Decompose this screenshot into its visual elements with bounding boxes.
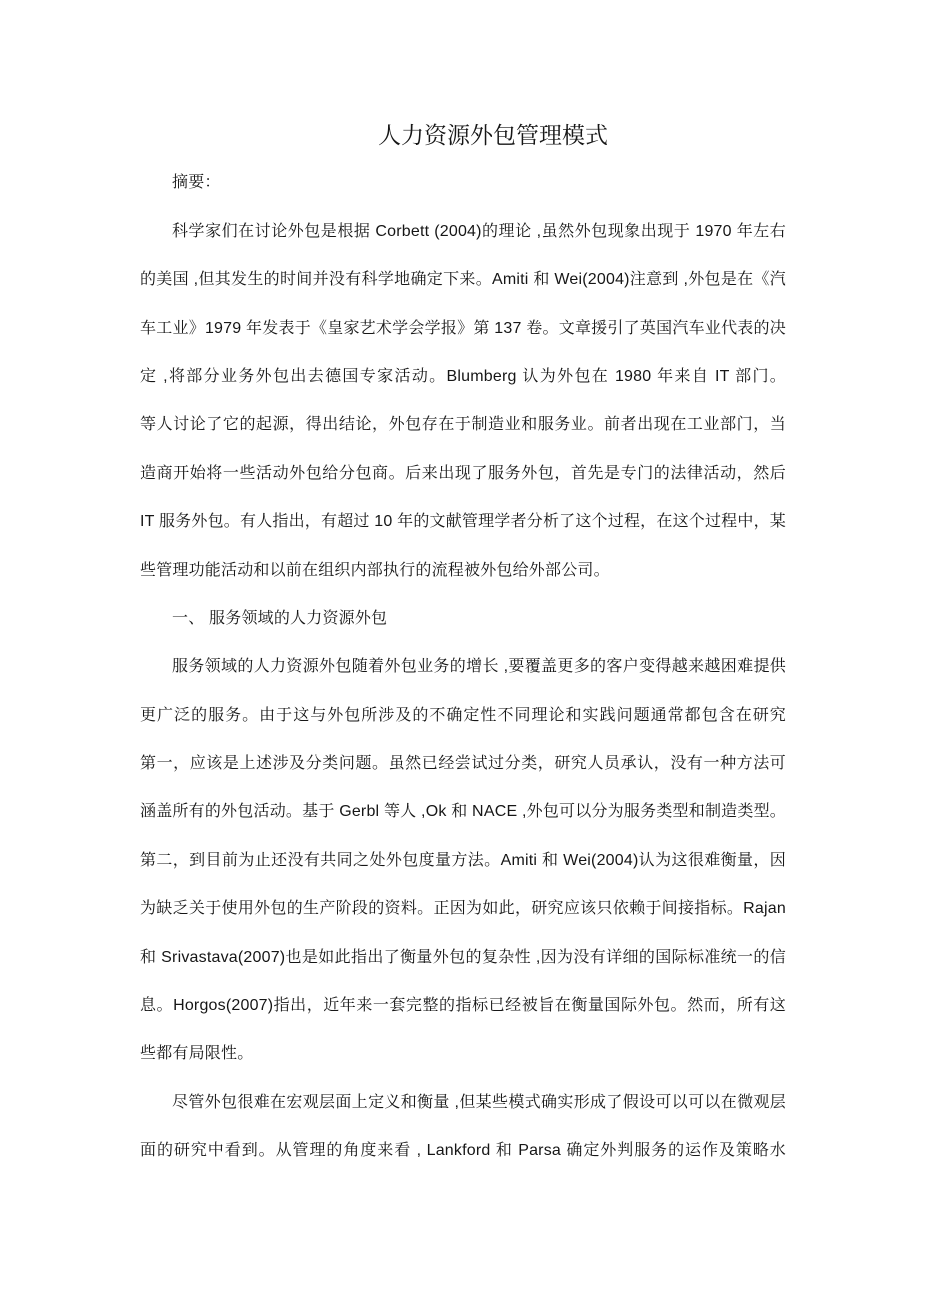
body-paragraph-line: 尽管外包很难在宏观层面上定义和衡量 ,但某些模式确实形成了假设可以可以在微观层 xyxy=(140,1079,786,1127)
body-paragraph-line: 面的研究中看到。从管理的角度来看 , Lankford 和 Parsa 确定外判… xyxy=(140,1127,786,1175)
body-paragraph-line: 和 Srivastava(2007)也是如此指出了衡量外包的复杂性 ,因为没有详… xyxy=(140,934,786,982)
abstract-paragraph-line: 造商开始将一些活动外包给分包商。后来出现了服务外包，首先是专门的法律活动，然后是 xyxy=(140,450,786,498)
body-paragraph-line: 息。Horgos(2007)指出，近年来一套完整的指标已经被旨在衡量国际外包。然… xyxy=(140,982,786,1030)
body-paragraph-line: 些都有局限性。 xyxy=(140,1030,786,1078)
section-heading-line: 一、 服务领域的人力资源外包 xyxy=(140,595,786,643)
body-paragraph-line: 第一，应该是上述涉及分类问题。虽然已经尝试过分类，研究人员承认，没有一种方法可以 xyxy=(140,740,786,788)
abstract-paragraph-line: 车工业》1979 年发表于《皇家艺术学会学报》第 137 卷。文章援引了英国汽车… xyxy=(140,305,786,353)
document-page: 人力资源外包管理模式 摘要：科学家们在讨论外包是根据 Corbett (2004… xyxy=(0,0,926,1309)
body-paragraph-line: 第二，到目前为止还没有共同之处外包度量方法。Amiti 和 Wei(2004)认… xyxy=(140,837,786,885)
abstract-paragraph-line: 科学家们在讨论外包是根据 Corbett (2004)的理论 ,虽然外包现象出现… xyxy=(140,208,786,256)
abstract-paragraph-line: 定 ,将部分业务外包出去德国专家活动。Blumberg 认为外包在 1980 年… xyxy=(140,353,786,401)
document-title: 人力资源外包管理模式 xyxy=(140,111,786,159)
body-paragraph-line: 为缺乏关于使用外包的生产阶段的资料。正因为如此，研究应该只依赖于间接指标。Raj… xyxy=(140,885,786,933)
body-paragraph-line: 涵盖所有的外包活动。基于 Gerbl 等人 ,Ok 和 NACE ,外包可以分为… xyxy=(140,788,786,836)
abstract-paragraph-line: 等人讨论了它的起源，得出结论，外包存在于制造业和服务业。前者出现在工业部门，当制 xyxy=(140,401,786,449)
abstract-paragraph-line: IT 服务外包。有人指出，有超过 10 年的文献管理学者分析了这个过程，在这个过… xyxy=(140,498,786,546)
body-paragraph-line: 服务领域的人力资源外包随着外包业务的增长 ,要覆盖更多的客户变得越来越困难提供 xyxy=(140,643,786,691)
abstract-paragraph-line: 的美国 ,但其发生的时间并没有科学地确定下来。Amiti 和 Wei(2004)… xyxy=(140,256,786,304)
abstract-paragraph-line: 些管理功能活动和以前在组织内部执行的流程被外包给外部公司。 xyxy=(140,547,786,595)
body-paragraph-line: 更广泛的服务。由于这与外包所涉及的不确定性不同理论和实践问题通常都包含在研究中。 xyxy=(140,692,786,740)
document-body: 摘要：科学家们在讨论外包是根据 Corbett (2004)的理论 ,虽然外包现… xyxy=(140,159,786,1175)
abstract-label-line: 摘要： xyxy=(140,159,786,207)
